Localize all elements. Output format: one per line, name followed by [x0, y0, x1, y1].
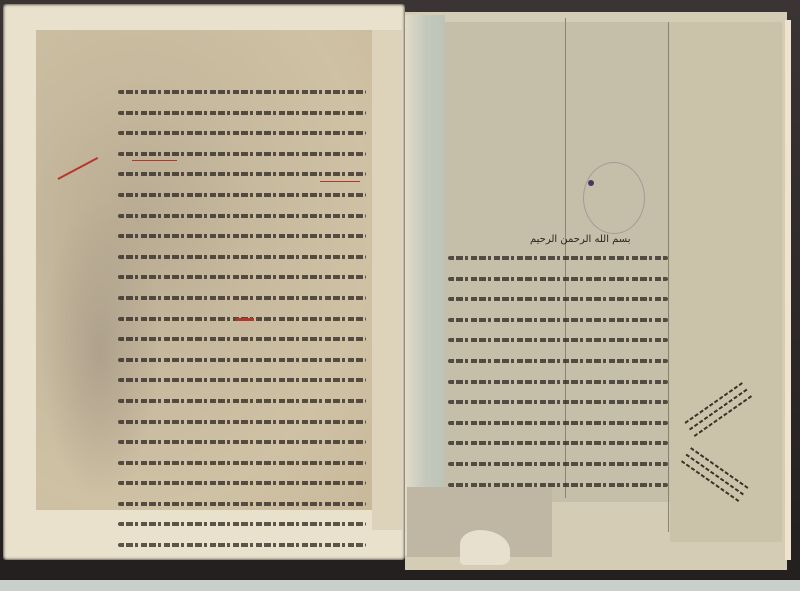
bottom-strip [0, 580, 800, 591]
red-rubric-word [236, 318, 254, 321]
book-gutter [405, 15, 445, 555]
left-page-text-lines [118, 90, 366, 564]
repair-seam [668, 22, 669, 532]
manuscript-photo: بسم الله الرحمن الرحيم [0, 0, 800, 591]
red-underline [132, 160, 177, 161]
left-page-inner-margin [372, 30, 402, 530]
right-page-text-lines [448, 256, 668, 503]
seal-stamp [583, 162, 645, 234]
red-underline [320, 181, 360, 182]
page-edge [785, 20, 791, 560]
basmala-heading: بسم الله الرحمن الرحيم [530, 234, 631, 245]
ink-blot [588, 180, 594, 186]
